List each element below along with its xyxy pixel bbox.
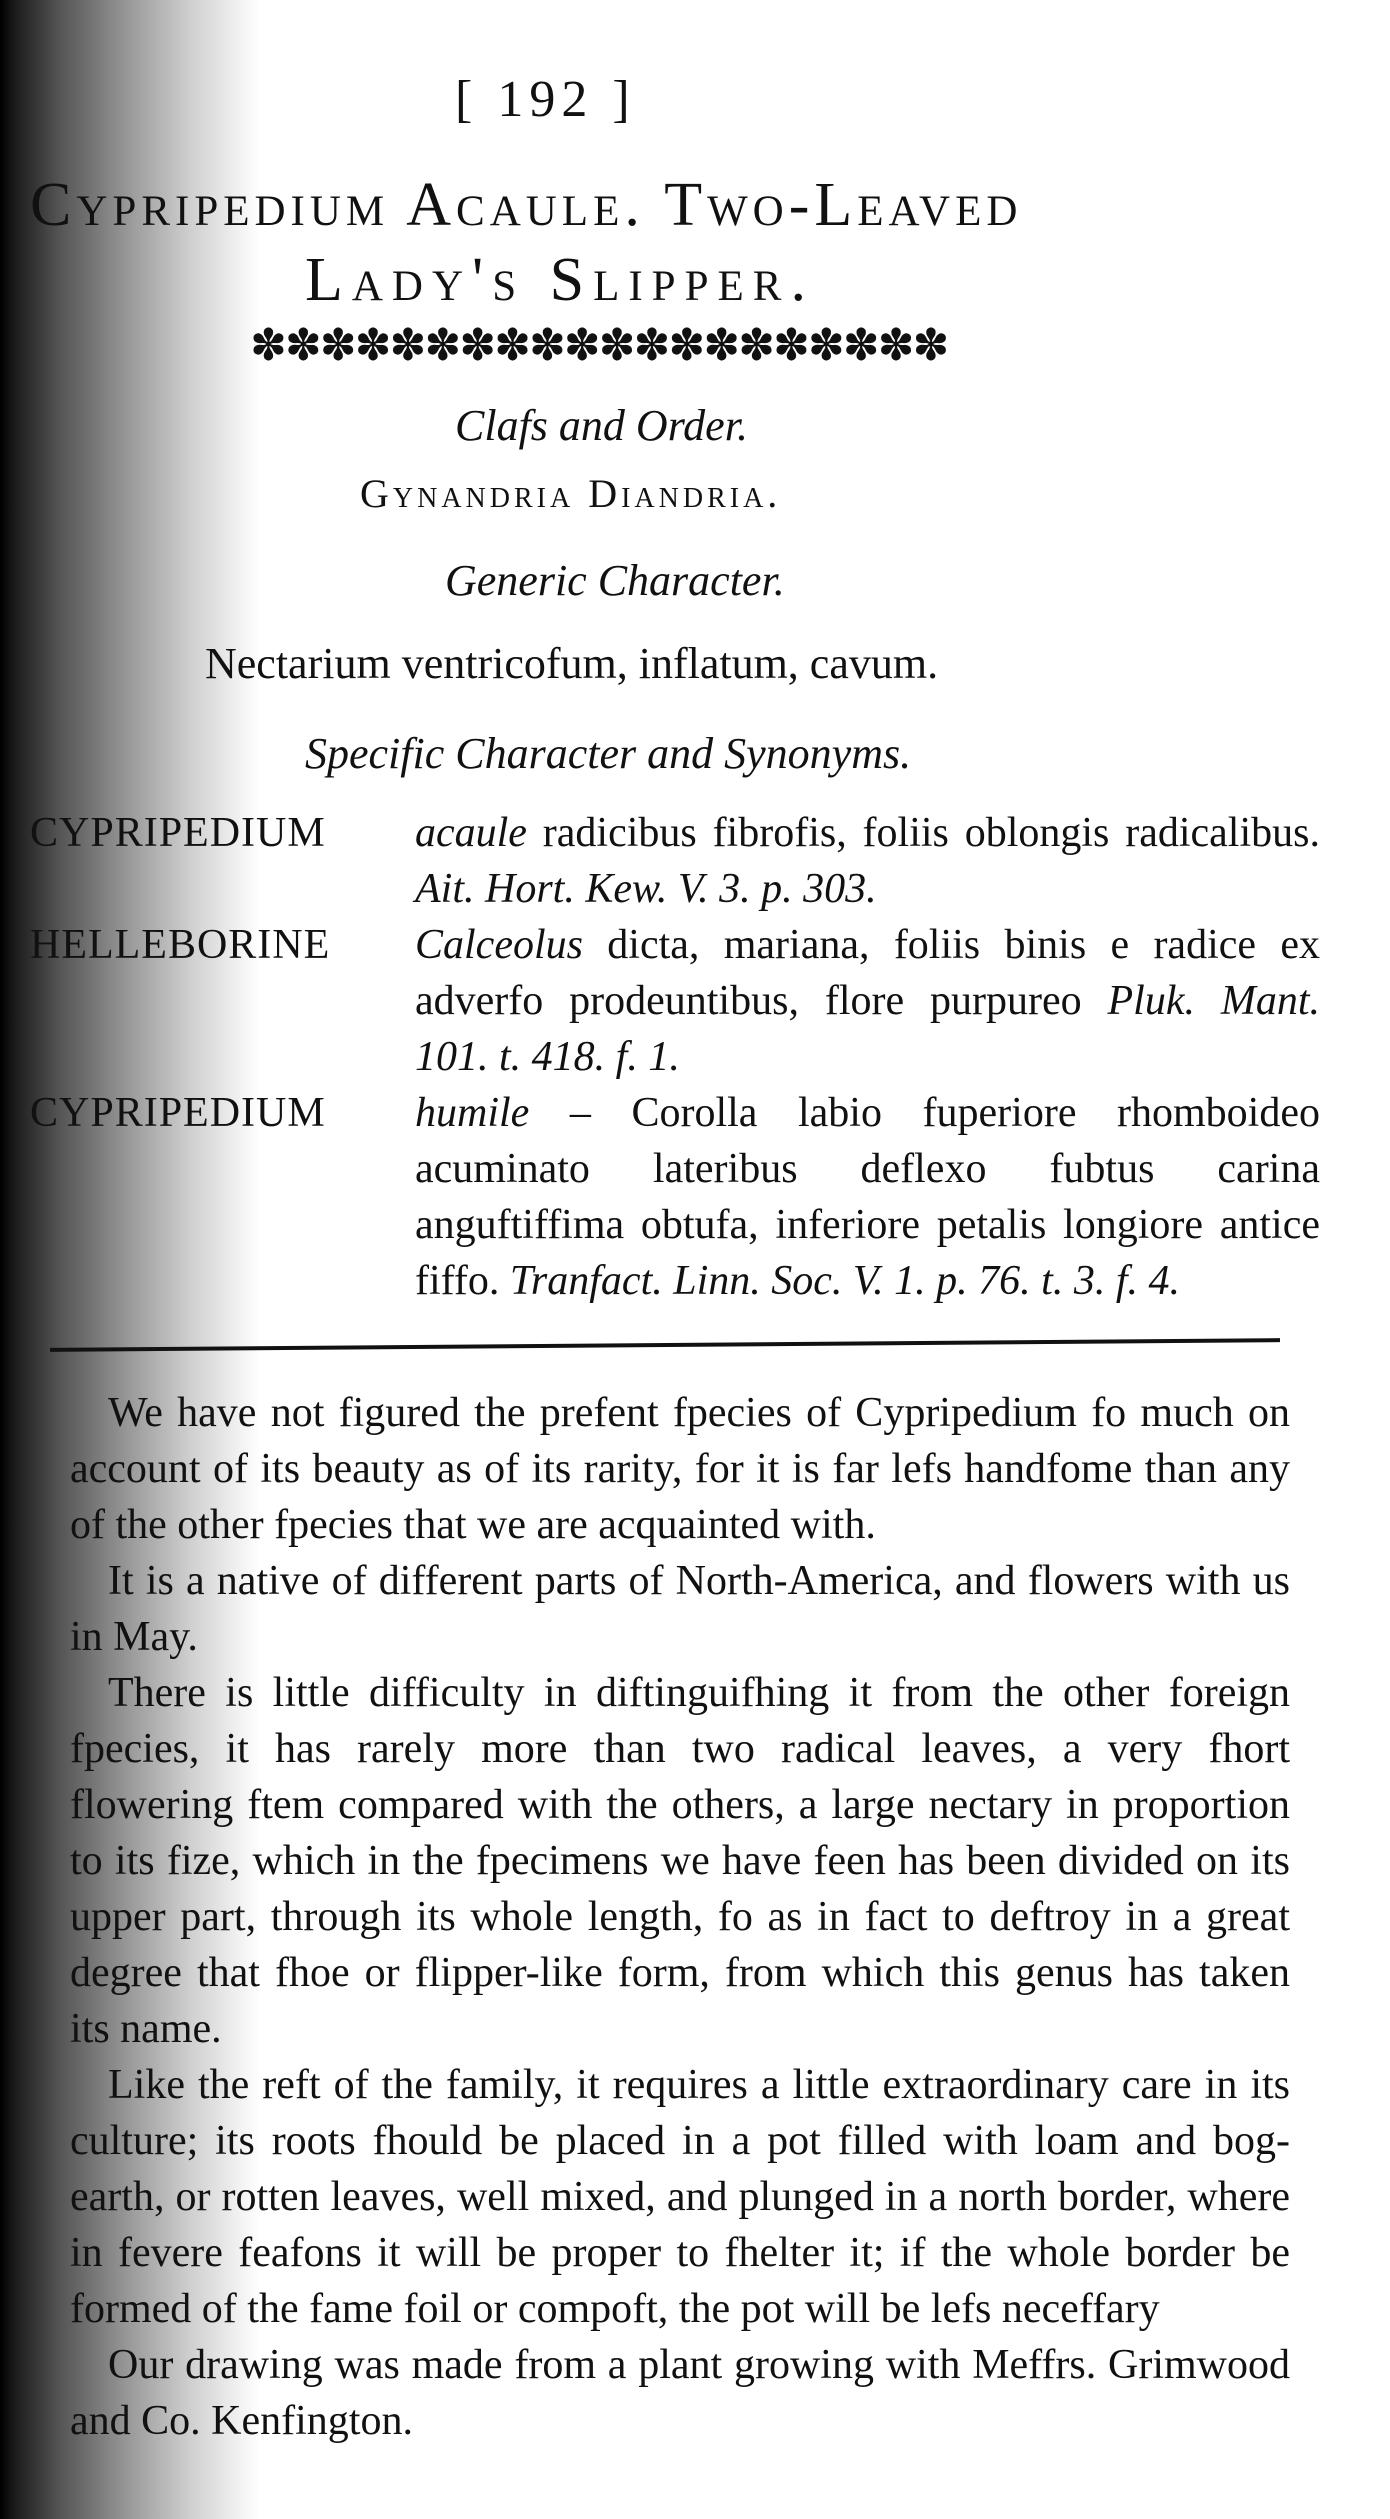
synonym-list: CYPRIPEDIUM acaule radicibus fibrofis, f… — [30, 805, 1320, 1309]
synonym-genus: CYPRIPEDIUM — [30, 1085, 326, 1141]
title-line-1: Cypripedium Acaule. Two-Leaved — [30, 170, 1022, 241]
generic-heading: Generic Character. — [445, 555, 785, 606]
body-paragraph: Our drawing was made from a plant growin… — [70, 2337, 1290, 2449]
synonym-text: Calceolus dicta, mariana, foliis binis e… — [415, 917, 1320, 1085]
class-order-heading: Clafs and Order. — [455, 400, 748, 451]
ornament-divider: ✽✽✽✽✽✽✽✽✽✽✽✽✽✽✽✽✽✽✽✽ — [250, 320, 947, 371]
synonym-entry: HELLEBORINE Calceolus dicta, mariana, fo… — [30, 917, 1320, 1085]
synonym-text: acaule radicibus fibrofis, foliis oblong… — [415, 805, 1320, 917]
body-paragraph: There is little difficulty in diftinguif… — [70, 1665, 1290, 2057]
body-text: We have not figured the prefent fpecies … — [70, 1385, 1290, 2449]
generic-value: Nectarium ventricofum, inflatum, cavum. — [205, 638, 938, 689]
synonym-entry: CYPRIPEDIUM acaule radicibus fibrofis, f… — [30, 805, 1320, 917]
synonym-epithet: Calceolus — [415, 922, 583, 968]
page-number: [ 192 ] — [455, 70, 775, 129]
title-line-2: Lady's Slipper. — [305, 245, 815, 316]
synonym-genus: CYPRIPEDIUM — [30, 805, 326, 861]
body-paragraph: Like the reft of the family, it requires… — [70, 2057, 1290, 2337]
synonym-entry: CYPRIPEDIUM humile – Corolla labio fuper… — [30, 1085, 1320, 1309]
synonym-text: humile – Corolla labio fuperiore rhomboi… — [415, 1085, 1320, 1309]
synonym-genus: HELLEBORINE — [30, 917, 330, 973]
body-paragraph: We have not figured the prefent fpecies … — [70, 1385, 1290, 1553]
synonym-reference: Tranfact. Linn. Soc. V. 1. p. 76. t. 3. … — [510, 1258, 1180, 1304]
synonym-reference: Ait. Hort. Kew. V. 3. p. 303. — [415, 866, 877, 912]
synonym-epithet: humile — [415, 1090, 529, 1136]
specific-heading: Specific Character and Synonyms. — [305, 728, 911, 779]
body-paragraph: It is a native of different parts of Nor… — [70, 1553, 1290, 1665]
class-order-value: Gynandria Diandria. — [360, 470, 781, 517]
synonym-epithet: acaule — [415, 810, 527, 856]
synonym-description: radicibus fibrofis, foliis oblongis radi… — [527, 810, 1320, 856]
